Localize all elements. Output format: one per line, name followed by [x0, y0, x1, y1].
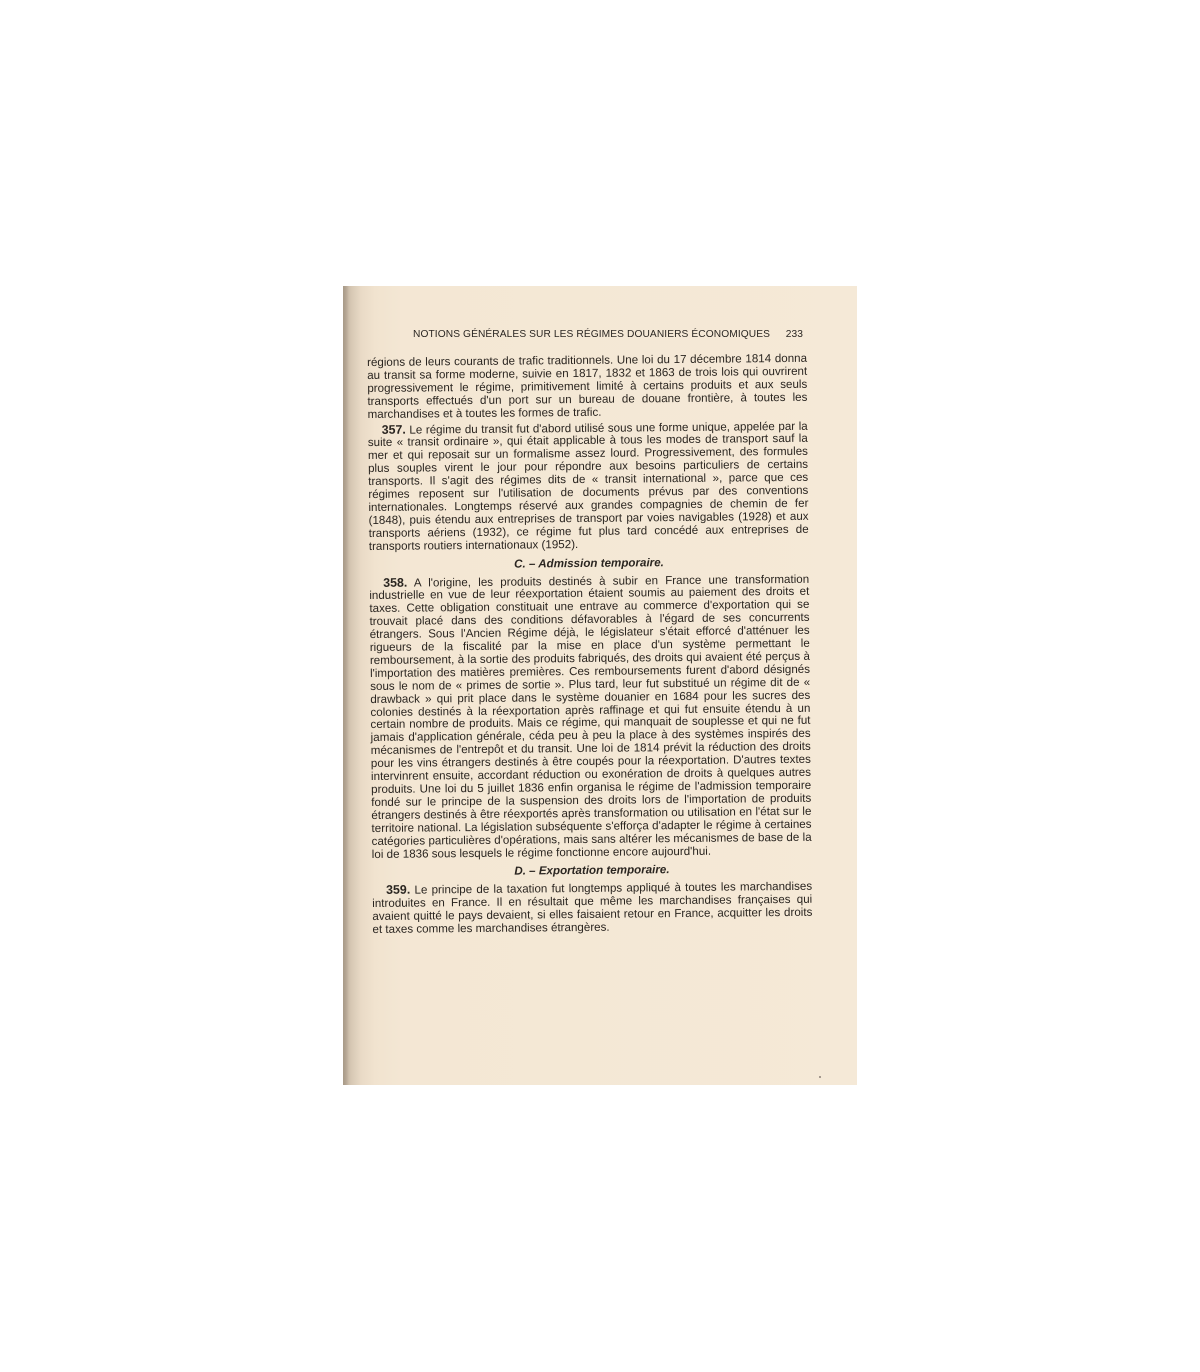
section-heading-exportation-temporaire: D. – Exportation temporaire.	[372, 863, 812, 880]
running-head: NOTIONS GÉNÉRALES SUR LES RÉGIMES DOUANI…	[413, 329, 803, 340]
paragraph-number: 358.	[383, 575, 407, 589]
page-number: 233	[786, 329, 803, 340]
paragraph-357: 357. Le régime du transit fut d'abord ut…	[368, 419, 809, 553]
book-page: NOTIONS GÉNÉRALES SUR LES RÉGIMES DOUANI…	[343, 286, 857, 1085]
paragraph-text: Le principe de la taxation fut longtemps…	[372, 880, 812, 936]
paragraph-text: A l'origine, les produits destinés à sub…	[369, 572, 811, 860]
paragraph-number: 359.	[386, 883, 410, 897]
section-heading-admission-temporaire: C. – Admission temporaire.	[369, 555, 809, 572]
paragraph-359: 359. Le principe de la taxation fut long…	[372, 880, 812, 937]
continuation-paragraph: régions de leurs courants de trafic trad…	[367, 353, 808, 422]
paper-speck	[819, 1076, 821, 1078]
paragraph-number: 357.	[382, 422, 406, 436]
running-head-title: NOTIONS GÉNÉRALES SUR LES RÉGIMES DOUANI…	[413, 329, 770, 340]
paragraph-text: Le régime du transit fut d'abord utilisé…	[368, 419, 809, 552]
paragraph-358: 358. A l'origine, les produits destinés …	[369, 572, 812, 861]
body-text: régions de leurs courants de trafic trad…	[367, 353, 813, 939]
